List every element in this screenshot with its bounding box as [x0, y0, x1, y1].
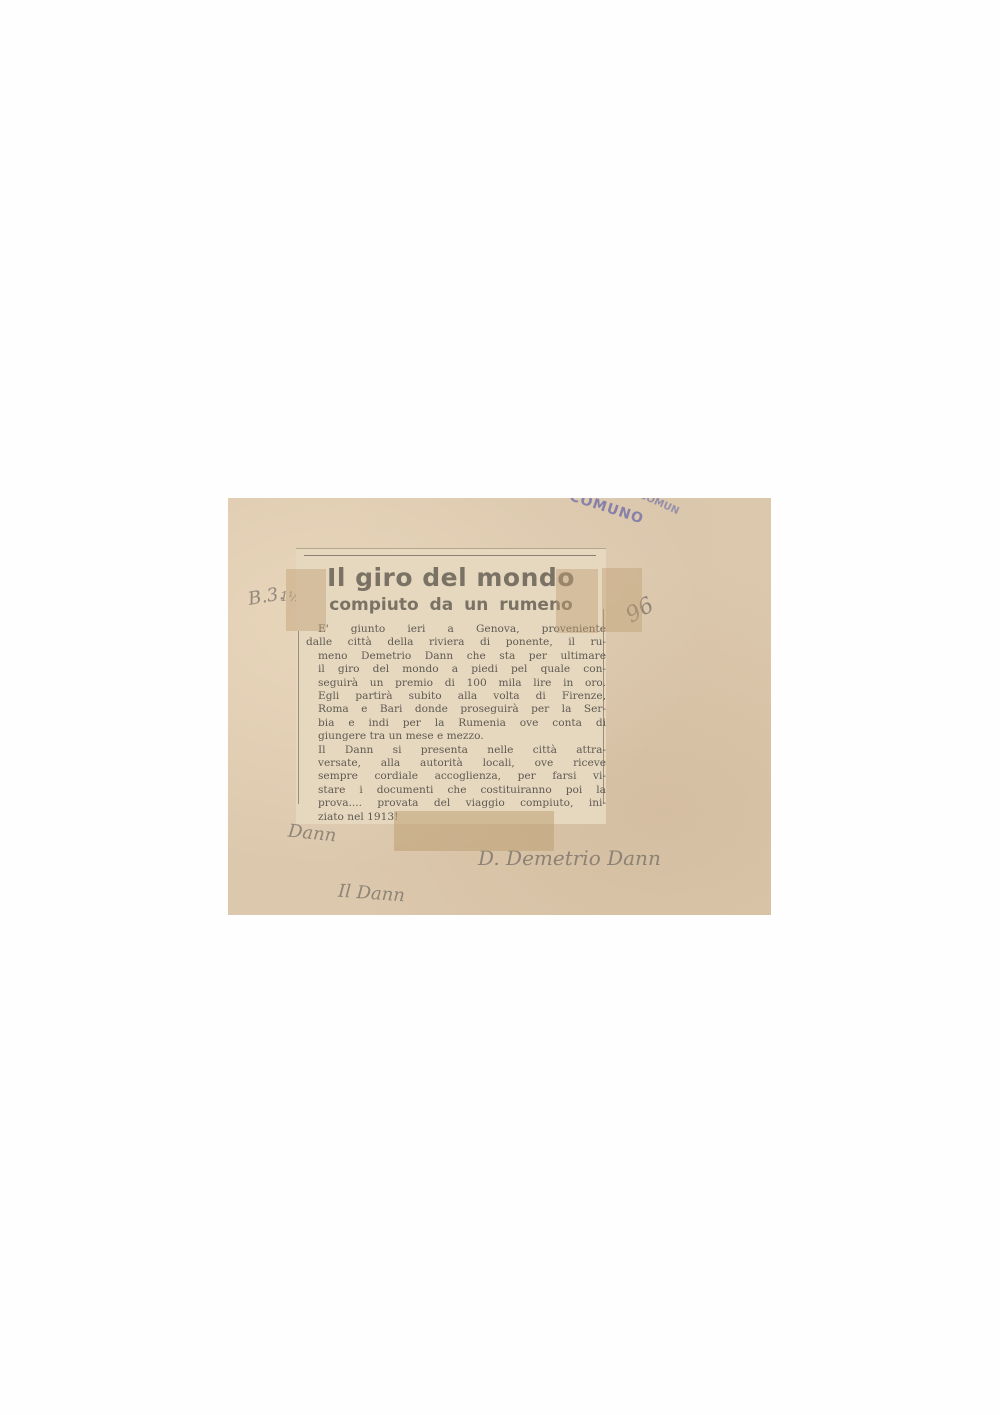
clipping-body: E' giunto ieri a Genova, proveniente dal…	[306, 623, 606, 824]
text-line: seguirà un premio di 100 mila lire in or…	[306, 677, 606, 690]
text-line: Egli partirà subito alla volta di Firenz…	[306, 690, 606, 703]
text-line: bia e indi per la Rumenia ove conta di	[306, 717, 606, 730]
tape-strip-bottom	[394, 811, 554, 851]
handwriting-bottom-3: Il Dann	[337, 881, 405, 907]
tape-strip-left	[286, 569, 326, 631]
clipping-top-rule	[304, 555, 596, 556]
text-line: dalle città della riviera di ponente, il…	[306, 636, 606, 649]
text-line: stare i documenti che costituiranno poi …	[306, 784, 606, 797]
text-line: prova.... provata del viaggio compiuto, …	[306, 797, 606, 810]
archival-paper-sheet: COMUNO COMUN B.3. 1½ 96 Dann D. Demetrio…	[228, 498, 771, 915]
text-line: Il Dann si presenta nelle città attra-	[306, 744, 606, 757]
text-line: il giro del mondo a piedi pel quale con-	[306, 663, 606, 676]
tape-strip-outer-right	[602, 568, 642, 632]
text-line: meno Demetrio Dann che sta per ultimare	[306, 650, 606, 663]
tape-strip-right	[556, 569, 598, 633]
paragraph-1: E' giunto ieri a Genova, proveniente dal…	[306, 623, 606, 744]
ink-stamp: COMUNO	[567, 498, 645, 528]
column-rule-left	[298, 631, 299, 804]
text-line: Roma e Bari donde proseguirà per la Ser-	[306, 703, 606, 716]
text-line: sempre cordiale accoglienza, per farsi v…	[306, 770, 606, 783]
handwriting-bottom-1: Dann	[287, 821, 337, 847]
text-line: versate, alla autorità locali, ove ricev…	[306, 757, 606, 770]
text-line: giungere tra un mese e mezzo.	[306, 730, 606, 743]
newspaper-clipping: Il giro del mondo compiuto da un rumeno …	[296, 548, 606, 824]
